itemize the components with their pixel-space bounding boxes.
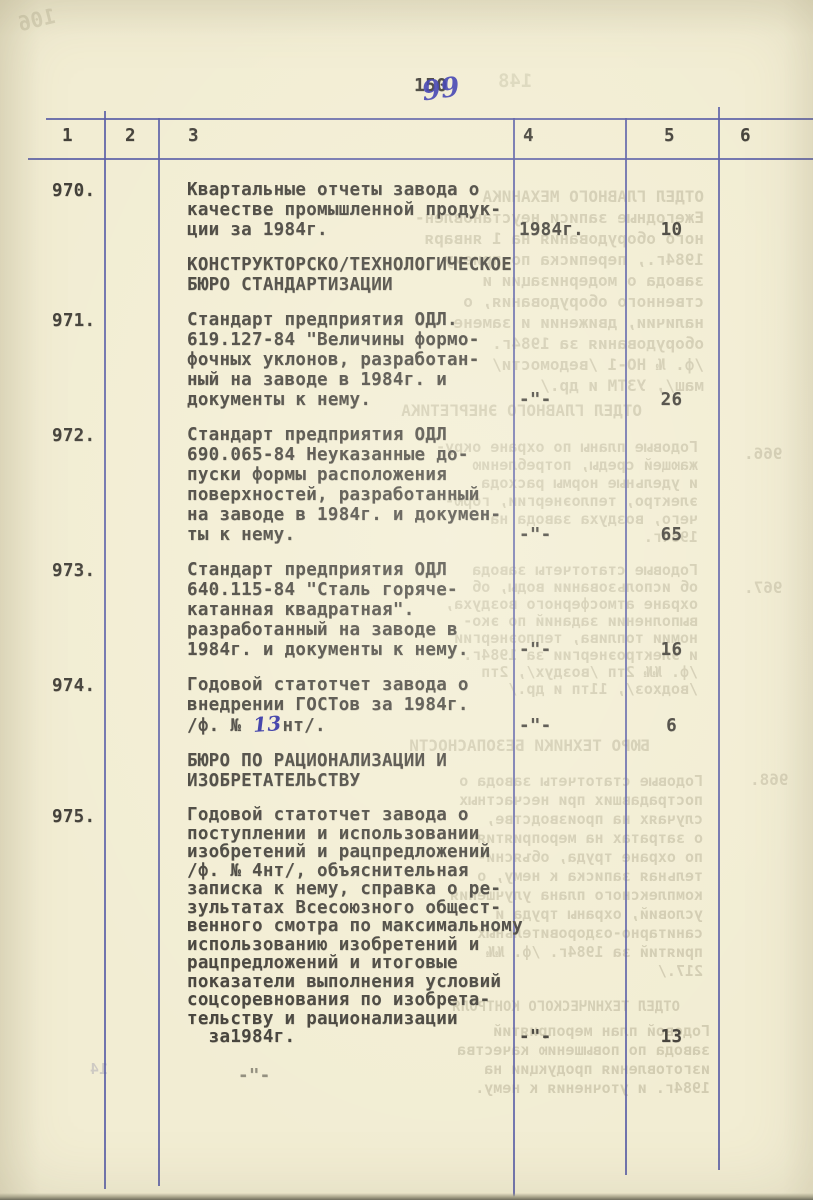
entry-text-line: поступлении и использовании — [187, 825, 523, 844]
entry-description: Квартальные отчеты завода окачестве пром… — [187, 180, 523, 240]
column-header-3: 3 — [188, 126, 199, 146]
column-header-2: 2 — [125, 126, 136, 146]
entry-sheet-count: 65 — [625, 525, 718, 545]
entry-text-line: 1984г. и документы к нему. — [187, 640, 523, 660]
entry-text-line: на заводе в 1984г. и докумен- — [187, 505, 523, 525]
entry-text-line: ты к нему. — [187, 525, 523, 545]
entry-date: -"- — [519, 640, 552, 660]
entry-text-line: ИЗОБРЕТАТЕЛЬСТВУ — [187, 771, 523, 791]
bleedthrough-mark: 106 — [16, 4, 59, 36]
handwritten-page-number: 99 — [420, 72, 462, 108]
entry-sheet-count: 10 — [625, 220, 718, 240]
entry-text-line: записка к нему, справка о ре- — [187, 880, 523, 899]
entry-number: 971. — [52, 311, 95, 331]
entry-text-line: качестве промышленной продук- — [187, 200, 523, 220]
entry-text-line: фочных уклонов, разработан- — [187, 350, 523, 370]
scan-bottom-edge — [0, 1193, 813, 1200]
entry-text-line: /ф. № 4нт/, объяснительная — [187, 862, 523, 881]
entry-text-line: пуски формы расположения — [187, 465, 523, 485]
footer-ditto-mark: -"- — [238, 1066, 271, 1086]
entry-description: Стандарт предприятия ОДЛ640.115-84 "Стал… — [187, 560, 523, 660]
entry-text-line: поверхностей, разработанный — [187, 485, 523, 505]
bleedthrough-mark: 148 — [498, 70, 532, 92]
inventory-entry: 970.Квартальные отчеты завода окачестве … — [0, 180, 813, 240]
inventory-entry: 972.Стандарт предприятия ОДЛ690.065-84 Н… — [0, 425, 813, 545]
entry-text-line: изобретений и рацпредложений — [187, 843, 523, 862]
table-header-border — [28, 158, 813, 160]
section-title: БЮРО ПО РАЦИОНАЛИЗАЦИИ ИИЗОБРЕТАТЕЛЬСТВУ — [187, 751, 523, 791]
entry-text-line: зультатах Всесоюзного общест- — [187, 899, 523, 918]
entry-text-line: Квартальные отчеты завода о — [187, 180, 523, 200]
entry-text-line: /ф. № 13нт/. — [187, 715, 523, 736]
entry-sheet-count: 16 — [625, 640, 718, 660]
inventory-entry: 971.Стандарт предприятия ОДЛ.619.127-84 … — [0, 310, 813, 410]
entry-number: 973. — [52, 561, 95, 581]
entry-text-line: за1984г. — [187, 1028, 523, 1047]
entry-text-line: БЮРО ПО РАЦИОНАЛИЗАЦИИ И — [187, 751, 523, 771]
entry-text-line: 619.127-84 "Величины формо- — [187, 330, 523, 350]
bleedthrough-line: 1984г. и уточнения к нему. — [420, 1079, 710, 1098]
column-header-4: 4 — [523, 126, 534, 146]
column-header-1: 1 — [62, 126, 73, 146]
entry-description: Стандарт предприятия ОДЛ690.065-84 Неука… — [187, 425, 523, 545]
inventory-entry: 975.Годовой статотчет завода опоступлени… — [0, 806, 813, 1047]
entry-number: 972. — [52, 426, 95, 446]
entry-date: -"- — [519, 1027, 552, 1047]
entry-text-line: Стандарт предприятия ОДЛ — [187, 560, 523, 580]
page-number: 150 99 — [414, 76, 447, 96]
entry-text-line: ный на заводе в 1984г. и — [187, 370, 523, 390]
entry-text-line: тельству и рационализации — [187, 1010, 523, 1029]
entry-date: -"- — [519, 525, 552, 545]
inventory-entries: 970.Квартальные отчеты завода окачестве … — [0, 180, 813, 1062]
typed-text: /ф. № — [187, 716, 252, 736]
entry-text-line: использованию изобретений и — [187, 936, 523, 955]
entry-text-line: показатели выполнения условий — [187, 973, 523, 992]
section-heading: БЮРО ПО РАЦИОНАЛИЗАЦИИ ИИЗОБРЕТАТЕЛЬСТВУ — [0, 751, 813, 791]
entry-sheet-count: 26 — [625, 390, 718, 410]
entry-description: Годовой статотчет завода опоступлении и … — [187, 806, 523, 1047]
entry-date: -"- — [519, 390, 552, 410]
entry-text-line: Годовой статотчет завода о — [187, 675, 523, 695]
column-header-5: 5 — [664, 126, 675, 146]
archival-scan-page: 150 99 1 2 3 4 5 6 970.Квартальные отчет… — [0, 0, 813, 1200]
entry-text-line: 640.115-84 "Сталь горяче- — [187, 580, 523, 600]
entry-text-line: КОНСТРУКТОРСКО/ТЕХНОЛОГИЧЕСКОЕ — [187, 255, 523, 275]
column-header-6: 6 — [740, 126, 751, 146]
entry-sheet-count: 6 — [625, 716, 718, 736]
inventory-entry: 973.Стандарт предприятия ОДЛ640.115-84 "… — [0, 560, 813, 660]
entry-text-line: внедрении ГОСТов за 1984г. — [187, 695, 523, 715]
bleedthrough-line: изготовления продукции на — [420, 1060, 710, 1079]
entry-description: Годовой статотчет завода овнедрении ГОСТ… — [187, 675, 523, 736]
inventory-entry: 974.Годовой статотчет завода овнедрении … — [0, 675, 813, 736]
section-heading: КОНСТРУКТОРСКО/ТЕХНОЛОГИЧЕСКОЕБЮРО СТАНД… — [0, 255, 813, 295]
entry-text-line: Годовой статотчет завода о — [187, 806, 523, 825]
entry-text-line: катанная квадратная". — [187, 600, 523, 620]
entry-text-line: Стандарт предприятия ОДЛ. — [187, 310, 523, 330]
entry-text-line: ции за 1984г. — [187, 220, 523, 240]
entry-text-line: венного смотра по максимальному — [187, 917, 523, 936]
entry-text-line: 690.065-84 Неуказанные до- — [187, 445, 523, 465]
entry-text-line: разработанный на заводе в — [187, 620, 523, 640]
entry-date: -"- — [519, 716, 552, 736]
entry-sheet-count: 13 — [625, 1027, 718, 1047]
entry-text-line: документы к нему. — [187, 390, 523, 410]
entry-text-line: Стандарт предприятия ОДЛ — [187, 425, 523, 445]
table-top-border — [46, 118, 813, 120]
entry-text-line: БЮРО СТАНДАРТИЗАЦИИ — [187, 275, 523, 295]
section-title: КОНСТРУКТОРСКО/ТЕХНОЛОГИЧЕСКОЕБЮРО СТАНД… — [187, 255, 523, 295]
entry-text-line: рацпредложений и итоговые — [187, 954, 523, 973]
entry-number: 974. — [52, 676, 95, 696]
entry-number: 975. — [52, 807, 95, 827]
entry-text-line: соцсоревнования по изобрета- — [187, 991, 523, 1010]
entry-description: Стандарт предприятия ОДЛ.619.127-84 "Вел… — [187, 310, 523, 410]
typed-text: нт/. — [282, 716, 325, 736]
entry-date: 1984г. — [519, 220, 584, 240]
entry-number: 970. — [52, 181, 95, 201]
handwritten-number: 13 — [252, 714, 282, 734]
